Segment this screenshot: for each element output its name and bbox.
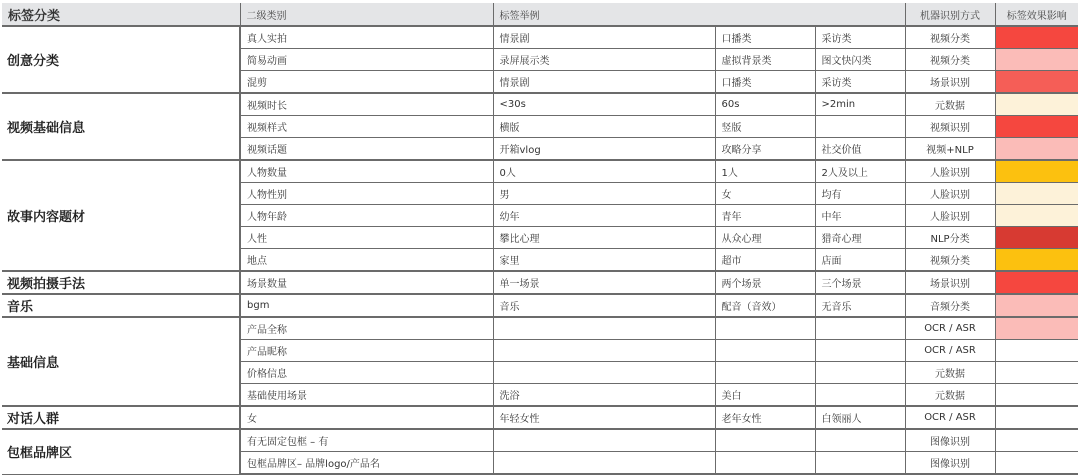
subcategory-cell: 价格信息: [240, 362, 493, 384]
table-row: 包框品牌区有无固定包框 – 有图像识别: [2, 429, 1078, 452]
example-cell-3: 均有: [815, 183, 905, 205]
subcategory-cell: 基础使用场景: [240, 384, 493, 407]
effect-color-swatch: [996, 27, 1079, 48]
method-cell: 视频分类: [905, 49, 995, 71]
example-cell-2: 美白: [715, 384, 815, 407]
category-cell: 视频拍摄手法: [2, 271, 240, 294]
example-cell-3: 无音乐: [815, 294, 905, 317]
method-cell: 图像识别: [905, 429, 995, 452]
table-body: 创意分类真人实拍情景剧口播类采访类视频分类简易动画录屏展示类虚拟背景类图文快闪类…: [2, 26, 1078, 474]
subcategory-cell: 人物年龄: [240, 205, 493, 227]
category-cell: 故事内容题材: [2, 160, 240, 271]
example-cell-2: 虚拟背景类: [715, 49, 815, 71]
category-cell: 基础信息: [2, 317, 240, 406]
method-cell: OCR / ASR: [905, 340, 995, 362]
method-cell: 视频分类: [905, 249, 995, 272]
effect-swatch-cell: [995, 26, 1078, 49]
subcategory-cell: 视频时长: [240, 93, 493, 116]
subcategory-cell: bgm: [240, 294, 493, 317]
table-row: 对话人群女年轻女性老年女性白领丽人OCR / ASR: [2, 406, 1078, 429]
method-cell: 场景识别: [905, 271, 995, 294]
example-cell-3: [815, 340, 905, 362]
example-cell-2: 1人: [715, 160, 815, 183]
example-cell-1: 男: [493, 183, 715, 205]
example-cell-3: 采访类: [815, 71, 905, 94]
effect-swatch-cell: [995, 227, 1078, 249]
effect-swatch-cell: [995, 49, 1078, 71]
method-cell: 人脸识别: [905, 160, 995, 183]
effect-color-swatch: [996, 430, 1079, 451]
header-subcategory: 二级类别: [240, 3, 493, 26]
effect-swatch-cell: [995, 340, 1078, 362]
example-cell-2: 从众心理: [715, 227, 815, 249]
example-cell-3: 猎奇心理: [815, 227, 905, 249]
subcategory-cell: 视频样式: [240, 116, 493, 138]
effect-color-swatch: [996, 452, 1079, 473]
effect-color-swatch: [996, 407, 1079, 428]
effect-swatch-cell: [995, 249, 1078, 272]
category-cell: 包框品牌区: [2, 429, 240, 474]
example-cell-2: 青年: [715, 205, 815, 227]
example-cell-3: [815, 116, 905, 138]
example-cell-2: 超市: [715, 249, 815, 272]
effect-swatch-cell: [995, 271, 1078, 294]
effect-color-swatch: [996, 116, 1079, 137]
subcategory-cell: 产品全称: [240, 317, 493, 340]
example-cell-1: 幼年: [493, 205, 715, 227]
effect-swatch-cell: [995, 138, 1078, 161]
effect-swatch-cell: [995, 71, 1078, 94]
example-cell-2: 配音（音效）: [715, 294, 815, 317]
subcategory-cell: 人物性别: [240, 183, 493, 205]
effect-color-swatch: [996, 183, 1079, 204]
category-cell: 视频基础信息: [2, 93, 240, 160]
header-examples: 标签举例: [493, 3, 905, 26]
example-cell-3: 图文快闪类: [815, 49, 905, 71]
example-cell-3: [815, 317, 905, 340]
header-category: 标签分类: [2, 3, 240, 26]
effect-color-swatch: [996, 71, 1079, 92]
example-cell-3: [815, 362, 905, 384]
header-effect: 标签效果影响: [995, 3, 1078, 26]
effect-color-swatch: [996, 295, 1079, 316]
example-cell-3: [815, 384, 905, 407]
example-cell-2: 60s: [715, 93, 815, 116]
example-cell-2: 口播类: [715, 71, 815, 94]
method-cell: 元数据: [905, 384, 995, 407]
effect-swatch-cell: [995, 93, 1078, 116]
effect-color-swatch: [996, 384, 1079, 405]
effect-color-swatch: [996, 205, 1079, 226]
example-cell-1: 洗浴: [493, 384, 715, 407]
example-cell-1: 单一场景: [493, 271, 715, 294]
method-cell: 元数据: [905, 362, 995, 384]
effect-color-swatch: [996, 362, 1079, 383]
example-cell-1: [493, 452, 715, 475]
effect-color-swatch: [996, 138, 1079, 159]
effect-swatch-cell: [995, 406, 1078, 429]
example-cell-1: 情景剧: [493, 71, 715, 94]
effect-swatch-cell: [995, 452, 1078, 475]
subcategory-cell: 女: [240, 406, 493, 429]
example-cell-1: <30s: [493, 93, 715, 116]
subcategory-cell: 地点: [240, 249, 493, 272]
effect-swatch-cell: [995, 160, 1078, 183]
effect-swatch-cell: [995, 116, 1078, 138]
method-cell: 人脸识别: [905, 205, 995, 227]
effect-color-swatch: [996, 340, 1079, 361]
method-cell: 音频分类: [905, 294, 995, 317]
example-cell-3: 采访类: [815, 26, 905, 49]
effect-swatch-cell: [995, 384, 1078, 407]
example-cell-1: 横版: [493, 116, 715, 138]
method-cell: OCR / ASR: [905, 406, 995, 429]
example-cell-3: [815, 452, 905, 475]
example-cell-1: 情景剧: [493, 26, 715, 49]
method-cell: 人脸识别: [905, 183, 995, 205]
subcategory-cell: 包框品牌区– 品牌logo/产品名: [240, 452, 493, 475]
table-row: 音乐bgm音乐配音（音效）无音乐音频分类: [2, 294, 1078, 317]
header-row: 标签分类 二级类别 标签举例 机器识别方式 标签效果影响: [2, 3, 1078, 26]
example-cell-1: [493, 362, 715, 384]
example-cell-1: [493, 317, 715, 340]
example-cell-3: 2人及以上: [815, 160, 905, 183]
category-cell: 音乐: [2, 294, 240, 317]
example-cell-2: [715, 362, 815, 384]
example-cell-3: 三个场景: [815, 271, 905, 294]
subcategory-cell: 产品昵称: [240, 340, 493, 362]
tag-classification-table: 标签分类 二级类别 标签举例 机器识别方式 标签效果影响 创意分类真人实拍情景剧…: [2, 3, 1078, 475]
table-row: 视频基础信息视频时长<30s60s>2min元数据: [2, 93, 1078, 116]
method-cell: 视频+NLP: [905, 138, 995, 161]
example-cell-1: 攀比心理: [493, 227, 715, 249]
effect-color-swatch: [996, 49, 1079, 70]
subcategory-cell: 有无固定包框 – 有: [240, 429, 493, 452]
effect-color-swatch: [996, 318, 1079, 339]
table-row: 故事内容题材人物数量0人1人2人及以上人脸识别: [2, 160, 1078, 183]
effect-swatch-cell: [995, 294, 1078, 317]
effect-color-swatch: [996, 161, 1079, 182]
method-cell: 视频分类: [905, 26, 995, 49]
subcategory-cell: 人物数量: [240, 160, 493, 183]
effect-color-swatch: [996, 272, 1079, 293]
example-cell-3: 社交价值: [815, 138, 905, 161]
example-cell-1: [493, 429, 715, 452]
subcategory-cell: 真人实拍: [240, 26, 493, 49]
subcategory-cell: 视频话题: [240, 138, 493, 161]
category-cell: 对话人群: [2, 406, 240, 429]
method-cell: 元数据: [905, 93, 995, 116]
subcategory-cell: 混剪: [240, 71, 493, 94]
example-cell-2: 老年女性: [715, 406, 815, 429]
header-method: 机器识别方式: [905, 3, 995, 26]
example-cell-1: 0人: [493, 160, 715, 183]
example-cell-2: [715, 317, 815, 340]
example-cell-2: [715, 429, 815, 452]
effect-swatch-cell: [995, 317, 1078, 340]
table-row: 基础信息产品全称OCR / ASR: [2, 317, 1078, 340]
method-cell: 场景识别: [905, 71, 995, 94]
effect-swatch-cell: [995, 429, 1078, 452]
example-cell-1: 音乐: [493, 294, 715, 317]
table-row: 创意分类真人实拍情景剧口播类采访类视频分类: [2, 26, 1078, 49]
example-cell-2: 女: [715, 183, 815, 205]
example-cell-3: >2min: [815, 93, 905, 116]
subcategory-cell: 人性: [240, 227, 493, 249]
example-cell-1: 年轻女性: [493, 406, 715, 429]
effect-swatch-cell: [995, 183, 1078, 205]
effect-swatch-cell: [995, 205, 1078, 227]
example-cell-2: [715, 340, 815, 362]
example-cell-3: 白领丽人: [815, 406, 905, 429]
example-cell-3: 店面: [815, 249, 905, 272]
effect-color-swatch: [996, 227, 1079, 248]
effect-color-swatch: [996, 94, 1079, 115]
method-cell: NLP分类: [905, 227, 995, 249]
example-cell-1: 录屏展示类: [493, 49, 715, 71]
table-row: 视频拍摄手法场景数量单一场景两个场景三个场景场景识别: [2, 271, 1078, 294]
example-cell-1: [493, 340, 715, 362]
example-cell-2: [715, 452, 815, 475]
example-cell-3: [815, 429, 905, 452]
effect-swatch-cell: [995, 362, 1078, 384]
example-cell-2: 两个场景: [715, 271, 815, 294]
subcategory-cell: 简易动画: [240, 49, 493, 71]
method-cell: 视频识别: [905, 116, 995, 138]
example-cell-2: 口播类: [715, 26, 815, 49]
method-cell: 图像识别: [905, 452, 995, 475]
subcategory-cell: 场景数量: [240, 271, 493, 294]
method-cell: OCR / ASR: [905, 317, 995, 340]
category-cell: 创意分类: [2, 26, 240, 93]
example-cell-1: 开箱vlog: [493, 138, 715, 161]
example-cell-2: 攻略分享: [715, 138, 815, 161]
example-cell-2: 竖版: [715, 116, 815, 138]
example-cell-3: 中年: [815, 205, 905, 227]
example-cell-1: 家里: [493, 249, 715, 272]
effect-color-swatch: [996, 249, 1079, 270]
